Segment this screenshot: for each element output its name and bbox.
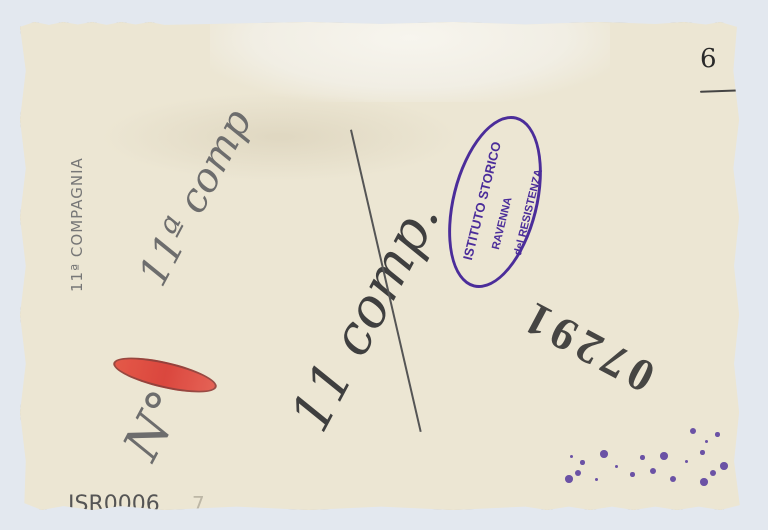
sheet-number: 6 xyxy=(700,44,717,74)
photo-back-card: 6 11ª COMPAGNIA 11ª comp 11 comp. N° IST… xyxy=(20,22,742,510)
handwriting-main: 11 comp. xyxy=(278,190,452,442)
sheet-number-underline xyxy=(700,89,746,93)
water-stain xyxy=(100,92,460,182)
margin-note-compagnia: 11ª COMPAGNIA xyxy=(68,157,86,292)
number-stamp: 07291 xyxy=(510,289,663,404)
handwriting-small: N° xyxy=(112,381,195,469)
inventory-suffix: 7 xyxy=(192,492,205,516)
inventory-code: ISR0006 xyxy=(68,492,160,517)
peeled-paper-area xyxy=(210,22,610,102)
